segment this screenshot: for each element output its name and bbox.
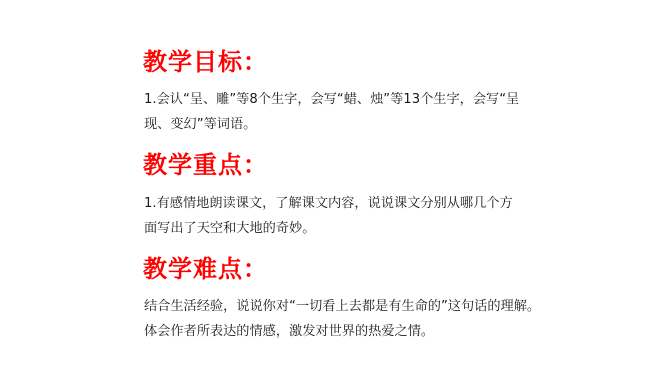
teaching-goals-line-2: 现、变幻”等词语。: [144, 116, 256, 134]
section-heading-teaching-goals: 教学目标：: [143, 48, 268, 76]
key-points-line-2: 面写出了天空和大地的奇妙。: [144, 220, 315, 238]
difficult-points-line-1: 结合生活经验，说说你对“一切看上去都是有生命的”这句话的理解。: [144, 298, 540, 316]
section-heading-difficult-points: 教学难点：: [143, 255, 268, 283]
teaching-goals-line-1: 1.会认“呈、雕”等8个生字，会写“蜡、烛”等13个生字，会写“呈: [144, 91, 519, 109]
slide: 教学目标： 1.会认“呈、雕”等8个生字，会写“蜡、烛”等13个生字，会写“呈 …: [0, 0, 668, 376]
key-points-line-1: 1.有感情地朗读课文，了解课文内容，说说课文分别从哪几个方: [144, 195, 513, 213]
difficult-points-line-2: 体会作者所表达的情感，激发对世界的热爱之情。: [144, 323, 434, 341]
section-heading-key-points: 教学重点：: [143, 151, 268, 179]
